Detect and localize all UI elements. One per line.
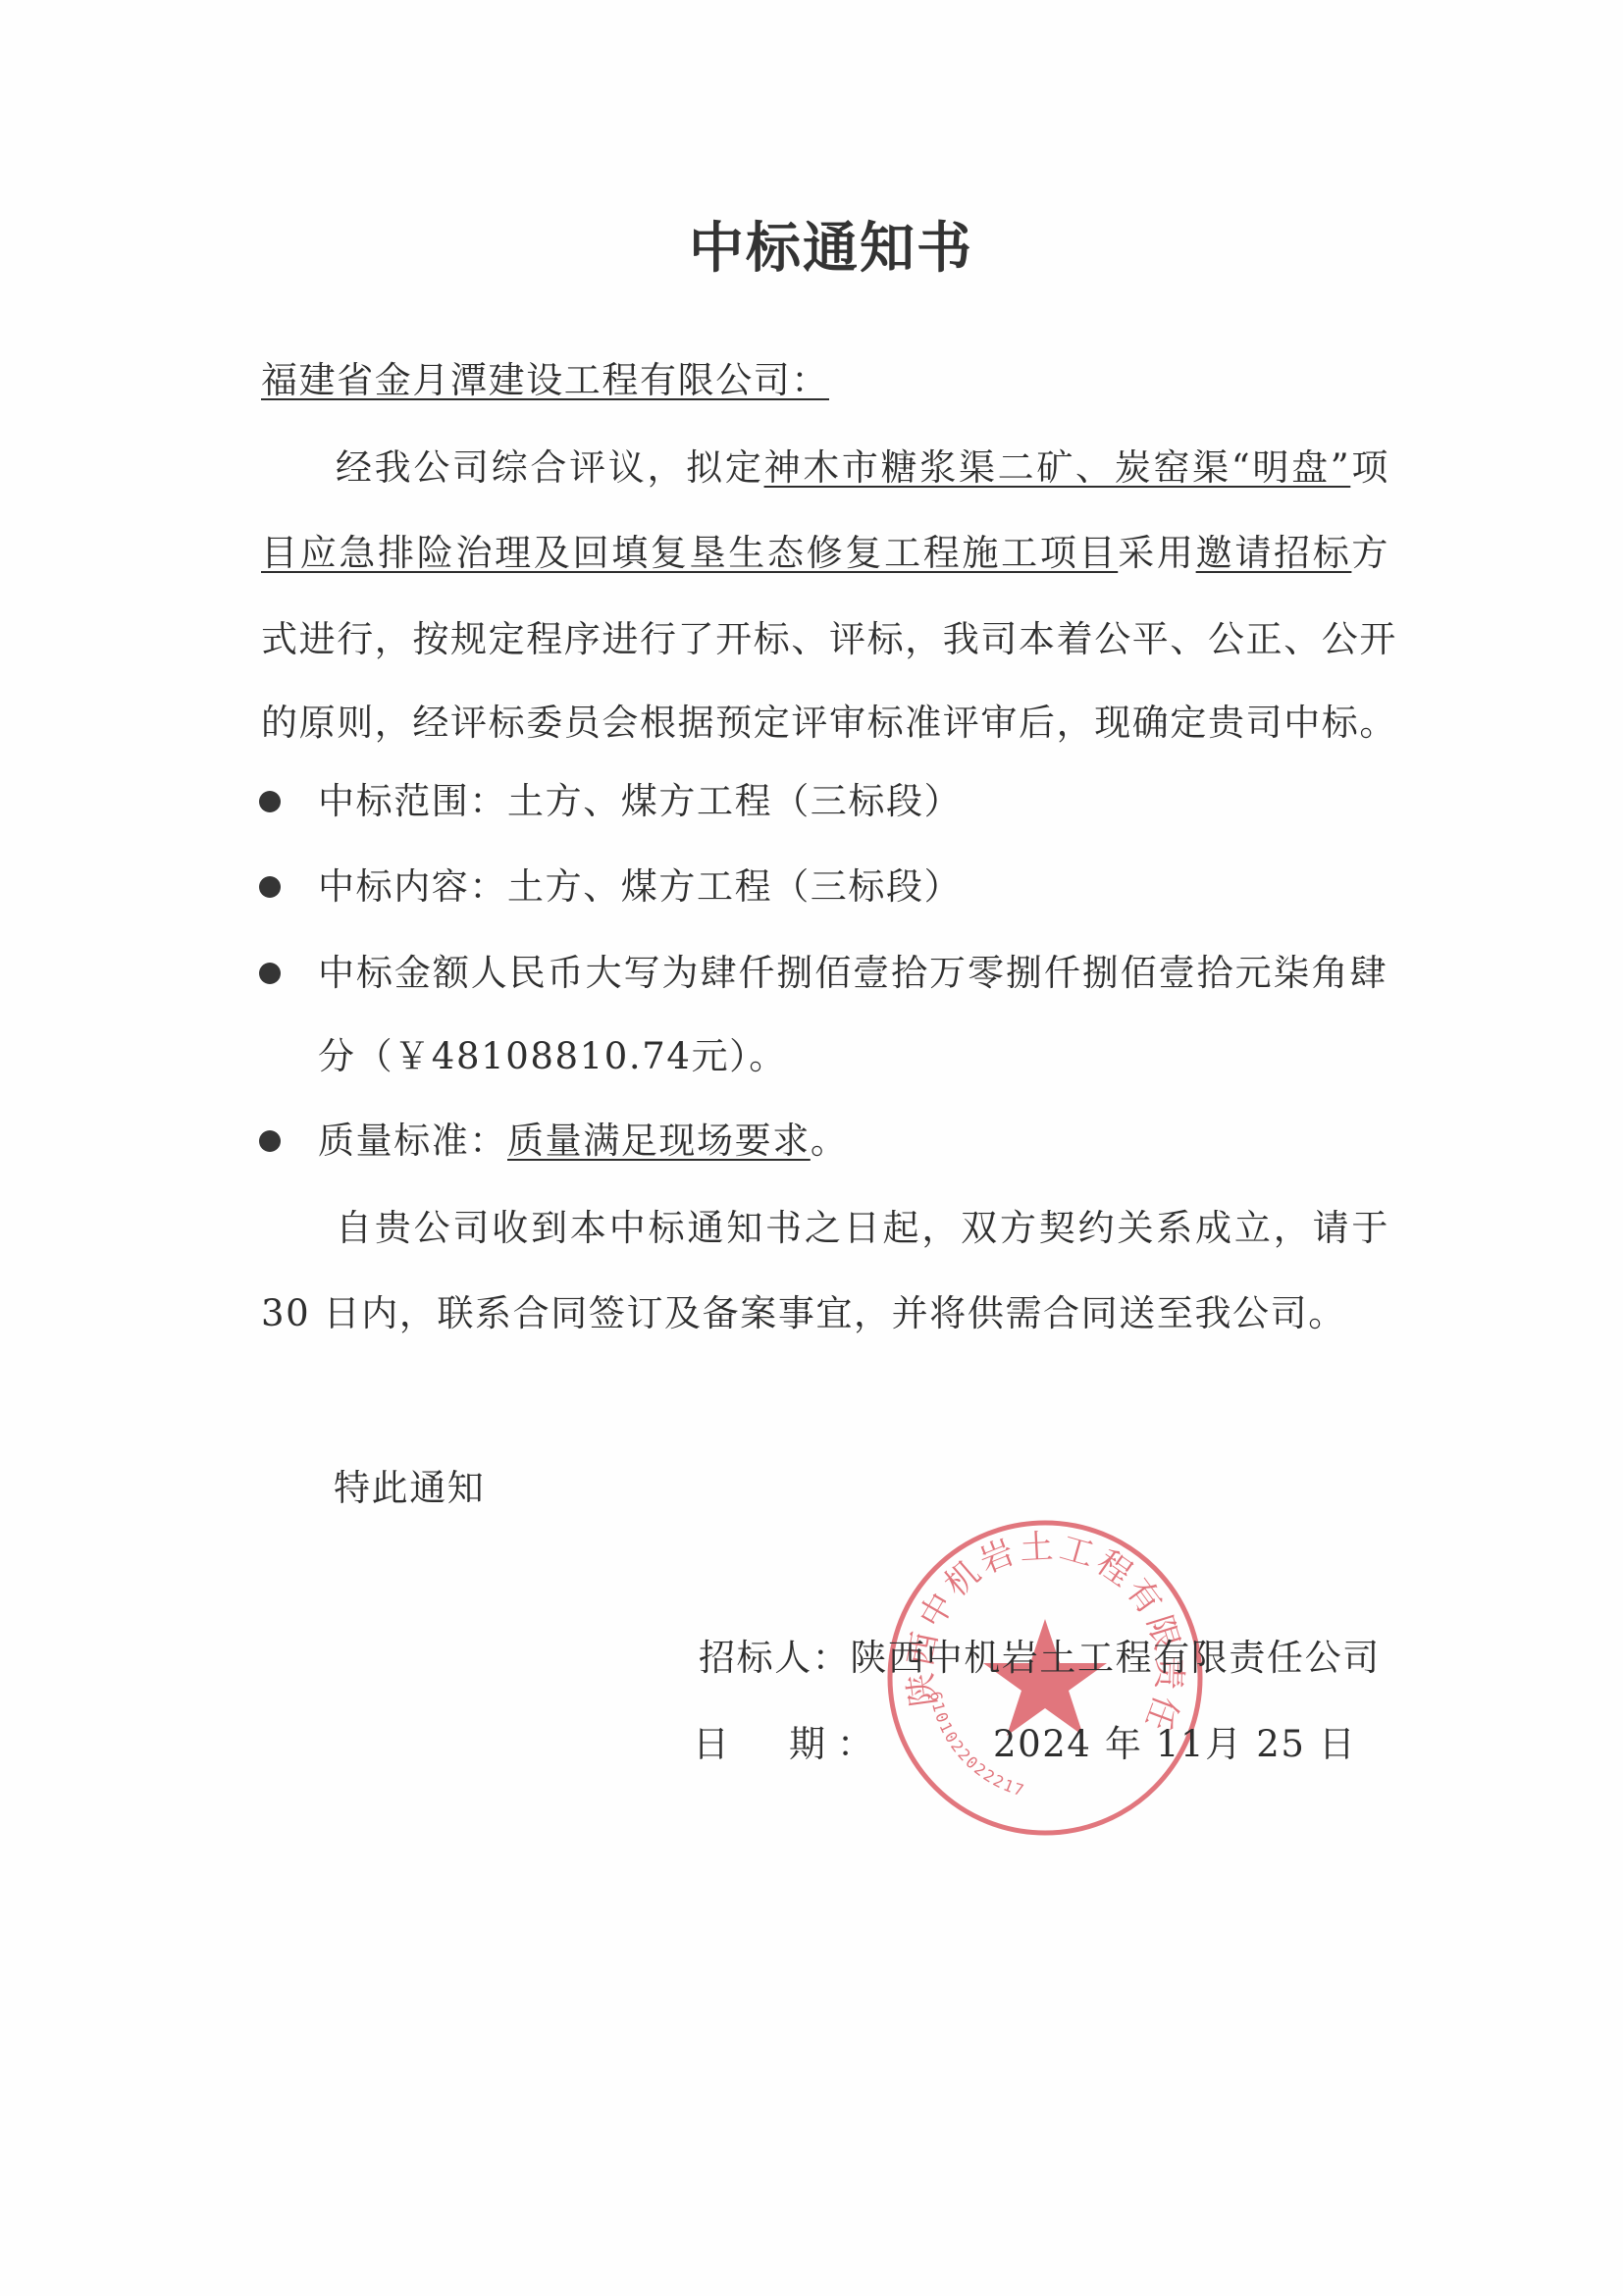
date-line: 日 期：2024 年 11月 25 日 (693, 1723, 1356, 1766)
paragraph1-line2-suffix: 方 (1351, 532, 1389, 574)
document-page: 中标通知书 福建省金月潭建设工程有限公司： 经我公司综合评议，拟定神木市糖浆渠二… (0, 0, 1623, 2296)
bid-amount-line1: 中标金额人民币大写为肆仟捌佰壹拾万零捌仟捌佰壹拾元柒角肆 (318, 952, 1387, 995)
paragraph1-line2: 目应急排险治理及回填复垦生态修复工程施工项目采用邀请招标方 (261, 532, 1389, 575)
seal-text: 陕西中机岩土工程有限责任公司 (883, 1516, 1189, 1739)
bid-scope: 中标范围：土方、煤方工程（三标段） (318, 780, 962, 823)
quality-value: 质量满足现场要求 (507, 1120, 811, 1162)
issuer-label: 招标人： (699, 1637, 850, 1679)
bullet-icon (259, 791, 281, 812)
date-year: 2024 (993, 1723, 1092, 1765)
date-month: 11 (1156, 1723, 1205, 1765)
paragraph2-line2: 30 日内，联系合同签订及备案事宜，并将供需合同送至我公司。 (261, 1292, 1389, 1335)
date-label: 日 期： (693, 1723, 885, 1765)
bidding-method: 邀请招标 (1196, 532, 1352, 574)
paragraph1-line4: 的原则，经评标委员会根据预定评审标准评审后，现确定贵司中标。 (261, 702, 1389, 745)
quality-standard: 质量标准：质量满足现场要求。 (318, 1120, 848, 1163)
quality-label: 质量标准： (318, 1120, 507, 1162)
month-char: 月 (1205, 1723, 1243, 1765)
bullet-icon (259, 1130, 281, 1152)
issuer-name: 陕西中机岩土工程有限责任公司 (850, 1637, 1380, 1679)
date-day: 25 (1256, 1723, 1305, 1765)
project-name-part1: 神木市糖浆渠二矿、炭窑渠“明盘” (764, 446, 1351, 489)
bid-amount-line2: 分（￥48108810.74元）。 (318, 1035, 787, 1078)
paragraph1-line3: 式进行，按规定程序进行了开标、评标，我司本着公平、公正、公开 (261, 618, 1389, 661)
page-title: 中标通知书 (0, 218, 1623, 281)
issuer-line: 招标人：陕西中机岩土工程有限责任公司 (699, 1637, 1381, 1680)
quality-end: 。 (811, 1120, 849, 1162)
paragraph1-line2-mid: 采用 (1118, 532, 1195, 574)
recipient: 福建省金月潭建设工程有限公司： (261, 359, 829, 402)
svg-text:陕西中机岩土工程有限责任公司: 陕西中机岩土工程有限责任公司 (883, 1516, 1189, 1739)
bullet-icon (259, 876, 281, 898)
bid-content: 中标内容：土方、煤方工程（三标段） (318, 865, 962, 909)
paragraph1-prefix: 经我公司综合评议，拟定 (336, 446, 764, 489)
paragraph1-line1: 经我公司综合评议，拟定神木市糖浆渠二矿、炭窑渠“明盘”项 (261, 446, 1389, 490)
year-char: 年 (1105, 1723, 1143, 1765)
paragraph2-line1: 自贵公司收到本中标通知书之日起，双方契约关系成立，请于 (261, 1207, 1389, 1250)
paragraph1-line1-suffix: 项 (1350, 446, 1389, 489)
bullet-icon (259, 963, 281, 984)
day-char: 日 (1319, 1723, 1357, 1765)
closing-remark: 特此通知 (334, 1467, 485, 1510)
project-name-part2: 目应急排险治理及回填复垦生态修复工程施工项目 (261, 532, 1118, 574)
